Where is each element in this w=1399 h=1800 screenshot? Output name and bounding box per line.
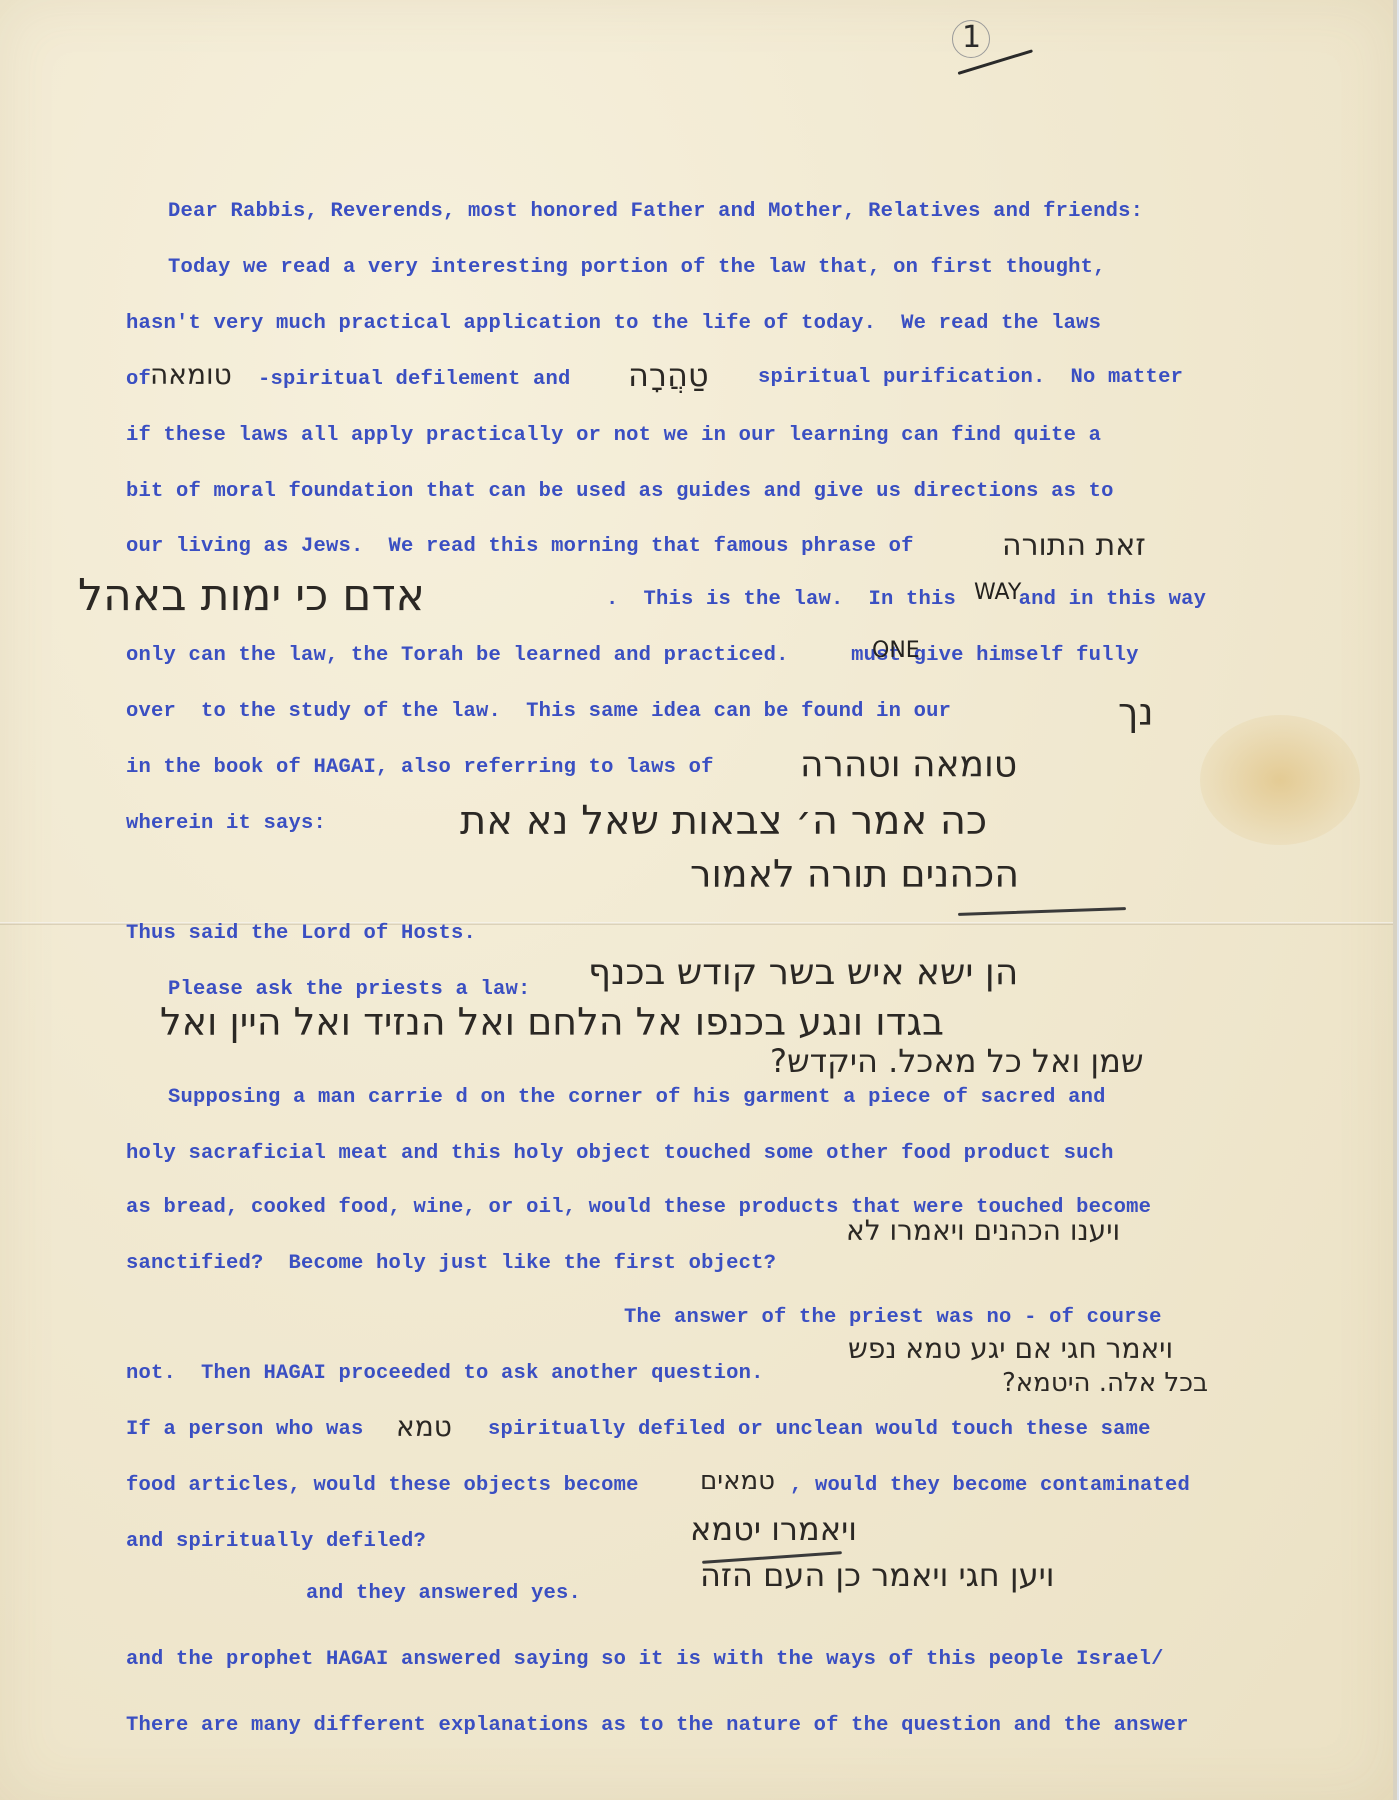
body-line: -spiritual defilement and xyxy=(258,368,571,391)
body-line: Today we read a very interesting portion… xyxy=(168,256,1106,279)
hebrew-underline xyxy=(958,907,1126,916)
body-line: only can the law, the Torah be learned a… xyxy=(126,644,1139,667)
body-line: food articles, would these objects becom… xyxy=(126,1474,639,1497)
hebrew-taharah: טַהֲרָה xyxy=(628,356,709,394)
body-line: spiritually defiled or unclean would tou… xyxy=(488,1418,1151,1441)
body-line: and the prophet HAGAI answered saying so… xyxy=(126,1648,1164,1671)
hebrew-tumah-vetaharah: טומאה וטהרה xyxy=(800,744,1017,785)
body-line: Thus said the Lord of Hosts. xyxy=(126,922,476,945)
body-line: Please ask the priests a law: xyxy=(168,978,531,1001)
hebrew-tumah: טומאה xyxy=(150,358,232,391)
hebrew-temeim: טמאים xyxy=(700,1466,775,1496)
body-line: . This is the law. In this and in this w… xyxy=(606,588,1206,611)
hebrew-tame: טמא xyxy=(396,1410,452,1443)
body-line: If a person who was xyxy=(126,1418,364,1441)
hebrew-vayaanu: ויענו הכהנים ויאמרו לא xyxy=(846,1214,1120,1247)
body-line: in the book of HAGAI, also referring to … xyxy=(126,756,714,779)
body-line: if these laws all apply practically or n… xyxy=(126,424,1101,447)
correction-one: ONE xyxy=(872,638,920,663)
salutation-line: Dear Rabbis, Reverends, most honored Fat… xyxy=(168,200,1143,223)
hebrew-vayomru-yitma: ויאמרו יטמא xyxy=(690,1510,857,1548)
body-line: not. Then HAGAI proceeded to ask another… xyxy=(126,1362,764,1385)
body-line: spiritual purification. No matter xyxy=(758,366,1183,389)
correction-way: WAY xyxy=(974,580,1021,605)
hebrew-hakohanim: הכהנים תורה לאמור xyxy=(690,852,1019,896)
body-line: of xyxy=(126,368,151,391)
body-line: The answer of the priest was no - of cou… xyxy=(624,1306,1162,1329)
hebrew-zot-hatorah: זאת התורה xyxy=(1002,528,1146,563)
body-line: There are many different explanations as… xyxy=(126,1714,1189,1737)
body-line: our living as Jews. We read this morning… xyxy=(126,535,914,558)
hebrew-vayaan-chaggai: ויען חגי ויאמר כן העם הזה xyxy=(700,1556,1055,1594)
body-line: Supposing a man carrie d on the corner o… xyxy=(168,1086,1106,1109)
hebrew-bechol: בכל אלה. היטמא? xyxy=(1002,1368,1208,1398)
document-page: 1 Dear Rabbis, Reverends, most honored F… xyxy=(0,0,1397,1800)
body-line: holy sacraficial meat and this holy obje… xyxy=(126,1142,1114,1165)
hebrew-shemen: שמן ואל כל מאכל. היקדש? xyxy=(770,1042,1144,1080)
body-line: wherein it says: xyxy=(126,812,326,835)
hebrew-bigdo: בגדו ונגע בכנפו אל הלחם ואל הנזיד ואל הי… xyxy=(160,1000,944,1044)
body-line: bit of moral foundation that can be used… xyxy=(126,480,1114,503)
hebrew-adam-ki-yamut: אדם כי ימות באהל xyxy=(78,570,425,621)
paper-stain xyxy=(1200,715,1360,845)
page-number: 1 xyxy=(962,20,981,55)
body-line: over to the study of the law. This same … xyxy=(126,700,951,723)
body-line: and they answered yes. xyxy=(306,1582,581,1605)
body-line: sanctified? Become holy just like the fi… xyxy=(126,1252,776,1275)
body-line: hasn't very much practical application t… xyxy=(126,312,1101,335)
body-line: and spiritually defiled? xyxy=(126,1530,426,1553)
body-line: , would they become contaminated xyxy=(790,1474,1190,1497)
hebrew-nach: נך xyxy=(1118,690,1154,734)
hebrew-koh-amar: כה אמר ה׳ צבאות שאל נא את xyxy=(460,798,987,844)
hebrew-hen-yisa: הן ישא איש בשר קודש בכנף xyxy=(588,952,1018,993)
hebrew-vayomer-chaggai: ויאמר חגי אם יגע טמא נפש xyxy=(848,1332,1173,1365)
